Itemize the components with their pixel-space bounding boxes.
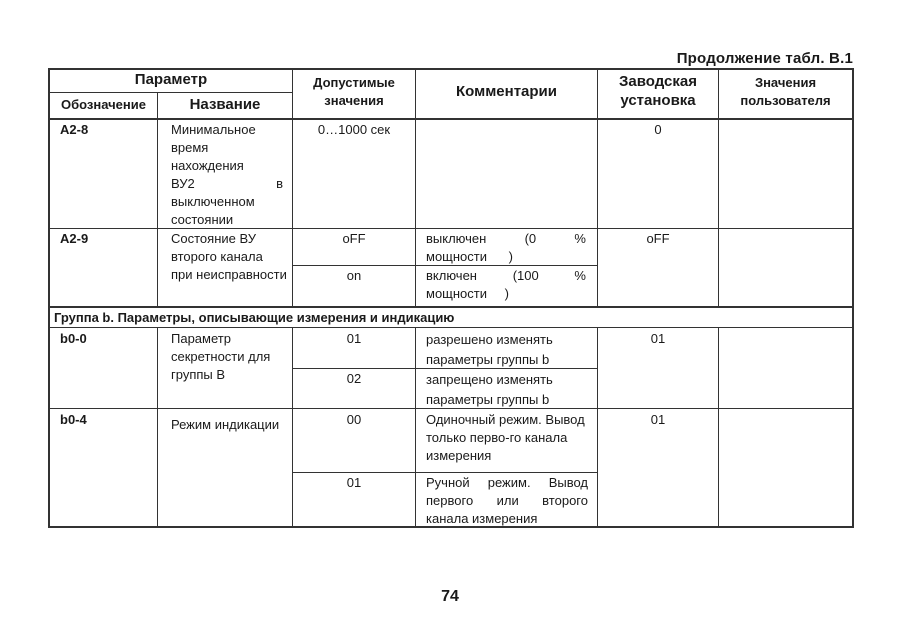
allowed-value: 02 [293, 370, 415, 388]
allowed-value: oFF [293, 230, 415, 248]
divider [415, 68, 416, 307]
comment: запрещено изменять параметры группы b [426, 370, 596, 410]
comment: Одиночный режим. Вывод только перво-го к… [426, 411, 591, 465]
param-name: Параметр секретности для группы В [171, 330, 283, 384]
header-factory-setting: Заводская установка [598, 72, 718, 110]
divider [157, 92, 158, 307]
allowed-value: 01 [293, 474, 415, 492]
border-left [48, 68, 50, 528]
divider [415, 327, 416, 527]
table-caption: Продолжение табл. В.1 [677, 50, 853, 67]
allowed-value: 0…1000 сек [293, 121, 415, 139]
allowed-value: on [293, 267, 415, 285]
param-code: b0-4 [60, 411, 87, 429]
allowed-value: 01 [293, 330, 415, 348]
header-parameter: Параметр [50, 71, 292, 89]
border-right [852, 68, 854, 528]
page-number: 74 [0, 588, 900, 606]
user-value-input[interactable] [719, 121, 852, 227]
comment: включен (100 % мощности ) [426, 267, 586, 303]
divider [48, 228, 854, 229]
comment: разрешено изменять параметры группы b [426, 330, 596, 370]
allowed-value: 00 [293, 411, 415, 429]
user-value-input[interactable] [719, 230, 852, 306]
param-code: A2-9 [60, 230, 88, 248]
divider [48, 306, 854, 308]
comment: Ручной режим. Вывод первого или второго … [426, 474, 588, 528]
header-comments: Комментарии [416, 83, 597, 101]
param-code: A2-8 [60, 121, 88, 139]
group-title: Группа b. Параметры, описывающие измерен… [54, 309, 844, 327]
header-user-values: Значения пользователя [719, 74, 852, 110]
user-value-input[interactable] [719, 409, 852, 526]
factory-value: 01 [598, 411, 718, 429]
header-allowed-values: Допустимые значения [293, 74, 415, 110]
divider [292, 472, 598, 473]
param-name: Состояние ВУ второго канала при неисправ… [171, 230, 287, 284]
divider [48, 118, 854, 120]
header-designation: Обозначение [50, 96, 157, 114]
header-name: Название [158, 96, 292, 114]
user-value-input[interactable] [719, 328, 852, 408]
param-code: b0-0 [60, 330, 87, 348]
divider [48, 92, 292, 93]
factory-value: 0 [598, 121, 718, 139]
factory-value: oFF [598, 230, 718, 248]
divider [157, 327, 158, 527]
comment: выключен (0 % мощности ) [426, 230, 586, 266]
factory-value: 01 [598, 330, 718, 348]
border-top [48, 68, 854, 70]
param-name: Минимальное время нахождения ВУ2в выключ… [171, 121, 283, 229]
param-name: Режим индикации [171, 416, 283, 434]
